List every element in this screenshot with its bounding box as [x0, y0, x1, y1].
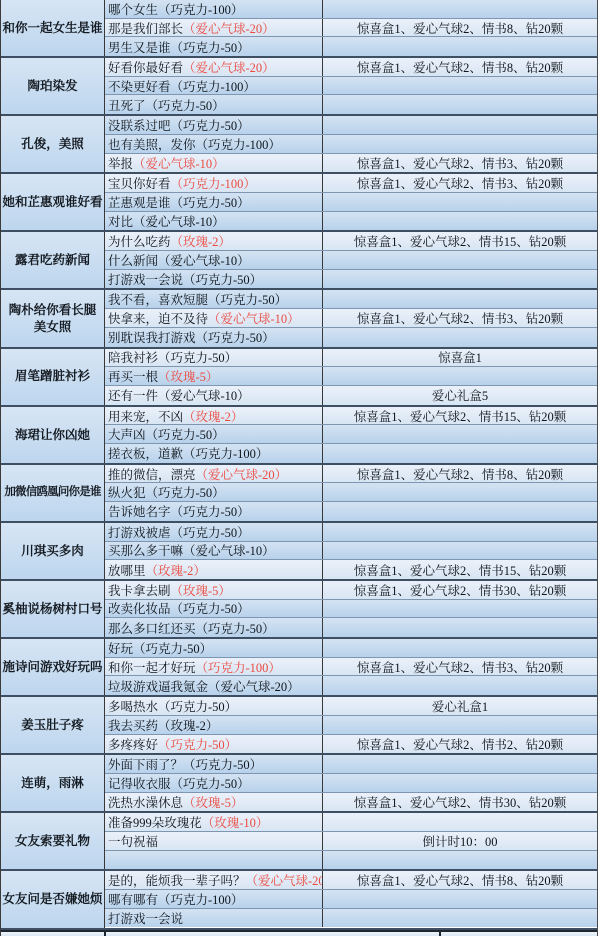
option-rows: 没联系过吧（巧克力-50）也有美照，发你（巧克力-100）举报（爱心气球-10）… — [105, 116, 597, 172]
option-text: 男生又是谁（巧克力-50） — [108, 38, 250, 56]
option-cell: 大声凶（巧克力-50） — [105, 425, 323, 443]
table-row: 推的微信，漂亮（爱心气球-20）惊喜盒1、爱心气球2、情书8、钻20颗 — [105, 465, 597, 484]
option-cell: 再买一根（玫瑰-5） — [105, 367, 323, 385]
option-cell: 也有美照，发你（巧克力-100） — [105, 135, 323, 153]
option-text: 别耽误我打游戏（巧克力-50） — [108, 328, 275, 346]
table-row: 外面下雨了？（巧克力-50） — [105, 755, 597, 774]
table-row: 我去买药（玫瑰-2） — [105, 716, 597, 735]
option-rows: 用来宠，不凶（玫瑰-2）惊喜盒1、爱心气球2、情书15、钻20颗大声凶（巧克力-… — [105, 407, 597, 463]
table-row: 打游戏一会说（巧克力-50） — [105, 270, 597, 289]
question-label: 露君吃药新闻 — [1, 232, 105, 288]
question-label: 女友问是否嫌她烦 — [1, 871, 105, 927]
option-cost-red: （玫瑰-5） — [158, 367, 218, 385]
question-label: 海珺让你凶她 — [1, 407, 105, 463]
reward-cell — [323, 328, 597, 347]
reward-cell: 惊喜盒1、爱心气球2、情书3、钻20颗 — [323, 309, 597, 327]
reward-cell — [323, 542, 597, 560]
table-row: 一句祝福倒计时10：00 — [105, 832, 597, 851]
option-cell: 搓衣板，道歉（巧克力-100） — [105, 444, 323, 463]
table-row: 大声凶（巧克力-50） — [105, 425, 597, 444]
reward-cell — [323, 600, 597, 618]
table-row: 用来宠，不凶（玫瑰-2）惊喜盒1、爱心气球2、情书15、钻20颗 — [105, 407, 597, 426]
table-row: 告诉她名字（巧克力-50） — [105, 502, 597, 521]
question-group: 川琪买多肉打游戏被虐（巧克力-50）买那么多干嘛（爱心气球-10）放哪里（玫瑰-… — [1, 523, 597, 581]
option-cell: 改卖化妆品（巧克力-50） — [105, 600, 323, 618]
reward-cell: 惊喜盒1 — [323, 349, 597, 367]
option-text: 好看你最好看 — [108, 58, 183, 76]
option-cost-red: （巧克力-100） — [196, 658, 281, 676]
table-row: 是的，能烦我一辈子吗？（爱心气球-20）惊喜盒1、爱心气球2、情书8、钻20颗 — [105, 871, 597, 890]
reward-cell: 惊喜盒1、爱心气球2、情书8、钻20颗 — [323, 871, 597, 889]
option-cell: 还有一件（爱心气球-10） — [105, 386, 323, 405]
option-text: 多喝热水（巧克力-50） — [108, 697, 237, 715]
reward-cell — [323, 135, 597, 153]
option-cell: 什么新闻（爱心气球-10） — [105, 251, 323, 269]
question-group: 陶珀染发好看你最好看（爱心气球-20）惊喜盒1、爱心气球2、情书8、钻20颗不染… — [1, 58, 597, 116]
option-text: 我不看，喜欢短腿（巧克力-50） — [108, 290, 287, 308]
option-cell: 和你一起才好玩（巧克力-100） — [105, 658, 323, 676]
question-group: 孔俊，美照没联系过吧（巧克力-50）也有美照，发你（巧克力-100）举报（爱心气… — [1, 116, 597, 174]
option-text: 放哪里 — [108, 561, 146, 579]
option-cell: 打游戏一会说 — [105, 909, 323, 928]
option-rows: 我卡拿去刷（玫瑰-5）惊喜盒1、爱心气球2、情书30、钻20颗改卖化妆品（巧克力… — [105, 581, 597, 637]
table-row: 再买一根（玫瑰-5） — [105, 367, 597, 386]
reward-cell: 惊喜盒1、爱心气球2、情书8、钻20颗 — [323, 465, 597, 483]
option-cost-red: （爱心气球-10） — [133, 154, 225, 172]
option-cost-red: （玫瑰-5） — [183, 793, 243, 811]
question-group: 和你一起女生是谁哪个女生（巧克力-100）那是我们部长（爱心气球-20）惊喜盒1… — [1, 0, 597, 58]
option-cost-red: （玫瑰-10） — [202, 813, 269, 831]
option-cell: 告诉她名字（巧克力-50） — [105, 502, 323, 521]
table-row: 纵火犯（巧克力-50） — [105, 483, 597, 502]
option-cell: 多疼疼好（巧克力-50） — [105, 735, 323, 754]
option-cell: 别耽误我打游戏（巧克力-50） — [105, 328, 323, 347]
reward-cell — [323, 290, 597, 308]
reward-cell: 惊喜盒1、爱心气球2、情书30、钻20颗 — [323, 581, 597, 599]
option-rows: 好看你最好看（爱心气球-20）惊喜盒1、爱心气球2、情书8、钻20颗不染更好看（… — [105, 58, 597, 114]
option-cell: 打游戏被虐（巧克力-50） — [105, 523, 323, 541]
reward-cell — [323, 618, 597, 637]
option-cell: 推的微信，漂亮（爱心气球-20） — [105, 465, 323, 483]
option-cell: 芷惠观是谁（巧克力-50） — [105, 193, 323, 211]
option-rows: 宝贝你好看（巧克力-100）惊喜盒1、爱心气球2、情书3、钻20颗芷惠观是谁（巧… — [105, 174, 597, 230]
option-cell: 放哪里（玫瑰-2） — [105, 560, 323, 579]
option-cell: 为什么吃药（玫瑰-2） — [105, 232, 323, 250]
option-cost-red: （巧克力-50） — [158, 735, 237, 753]
option-text: 一句祝福 — [108, 832, 158, 850]
table-row: 放哪里（玫瑰-2）惊喜盒1、爱心气球2、情书15、钻20颗 — [105, 560, 597, 579]
option-text: 那么多口红还买（巧克力-50） — [108, 619, 275, 637]
reward-cell — [323, 639, 597, 657]
option-rows: 打游戏被虐（巧克力-50）买那么多干嘛（爱心气球-10）放哪里（玫瑰-2）惊喜盒… — [105, 523, 597, 579]
option-cost-red: （玫瑰-2） — [171, 232, 231, 250]
reward-cell — [323, 425, 597, 443]
question-group: 奚柚说杨树村口号我卡拿去刷（玫瑰-5）惊喜盒1、爱心气球2、情书30、钻20颗改… — [1, 581, 597, 639]
table-row: 也有美照，发你（巧克力-100） — [105, 135, 597, 154]
reward-cell — [323, 193, 597, 211]
reward-cell — [323, 523, 597, 541]
option-text: 举报 — [108, 154, 133, 172]
table-row: 记得收衣服（巧克力-50） — [105, 774, 597, 793]
option-rows: 准备999朵玫瑰花（玫瑰-10）一句祝福倒计时10：00 — [105, 813, 597, 869]
reward-cell — [323, 95, 597, 114]
table-row: 对比（爱心气球-10） — [105, 212, 597, 231]
table-row: 和你一起才好玩（巧克力-100）惊喜盒1、爱心气球2、情书3、钻20颗 — [105, 658, 597, 677]
question-label: 川琪买多肉 — [1, 523, 105, 579]
reward-cell: 惊喜盒1、爱心气球2、情书3、钻20颗 — [323, 658, 597, 676]
table-row: 宝贝你好看（巧克力-100）惊喜盒1、爱心气球2、情书3、钻20颗 — [105, 174, 597, 193]
reward-cell — [323, 774, 597, 792]
option-cell: 哪有哪有（巧克力-100） — [105, 890, 323, 908]
option-text: 垃圾游戏逼我氪金（爱心气球-20） — [108, 677, 300, 695]
option-text: 哪个女生（巧克力-100） — [108, 0, 243, 18]
option-cell: 买那么多干嘛（爱心气球-10） — [105, 542, 323, 560]
question-group: 女友问是否嫌她烦是的，能烦我一辈子吗？（爱心气球-20）惊喜盒1、爱心气球2、情… — [1, 871, 597, 929]
table-row: 芷惠观是谁（巧克力-50） — [105, 193, 597, 212]
question-group: 露君吃药新闻为什么吃药（玫瑰-2）惊喜盒1、爱心气球2、情书15、钻20颗什么新… — [1, 232, 597, 290]
reward-cell: 惊喜盒1、爱心气球2、情书15、钻20颗 — [323, 407, 597, 425]
table-row: 搓衣板，道歉（巧克力-100） — [105, 444, 597, 463]
reward-cell: 惊喜盒1、爱心气球2、情书2、钻20颗 — [323, 735, 597, 754]
table-row: 垃圾游戏逼我氪金（爱心气球-20） — [105, 676, 597, 695]
reward-guide-table: 和你一起女生是谁哪个女生（巧克力-100）那是我们部长（爱心气球-20）惊喜盒1… — [0, 0, 598, 936]
reward-cell: 惊喜盒1、爱心气球2、情书15、钻20颗 — [323, 560, 597, 579]
reward-cell — [323, 116, 597, 134]
table-row: 我卡拿去刷（玫瑰-5）惊喜盒1、爱心气球2、情书30、钻20颗 — [105, 581, 597, 600]
table-row: 不染更好看（巧克力-100） — [105, 77, 597, 96]
option-rows: 多喝热水（巧克力-50）爱心礼盒1我去买药（玫瑰-2）多疼疼好（巧克力-50）惊… — [105, 697, 597, 753]
question-label: 姜玉肚子疼 — [1, 697, 105, 753]
option-text: 告诉她名字（巧克力-50） — [108, 502, 250, 520]
reward-cell — [323, 444, 597, 463]
reward-cell — [323, 212, 597, 231]
option-text: 哪有哪有（巧克力-100） — [108, 890, 243, 908]
question-label: 连萌，雨淋 — [1, 755, 105, 811]
option-text: 为什么吃药 — [108, 232, 171, 250]
option-cell: 宝贝你好看（巧克力-100） — [105, 174, 323, 192]
option-rows: 推的微信，漂亮（爱心气球-20）惊喜盒1、爱心气球2、情书8、钻20颗纵火犯（巧… — [105, 465, 597, 521]
table-row: 丑死了（巧克力-50） — [105, 95, 597, 114]
option-text: 洗热水澡休息 — [108, 793, 183, 811]
reward-cell — [323, 716, 597, 734]
option-cost-red: （玫瑰-5） — [171, 581, 231, 599]
option-cell: 快拿来，迫不及待（爱心气球-10） — [105, 309, 323, 327]
question-label: 奚柚说杨树村口号 — [1, 581, 105, 637]
option-text: 打游戏一会说（巧克力-50） — [108, 270, 262, 288]
table-row: 举报（爱心气球-10）惊喜盒1、爱心气球2、情书3、钻20颗 — [105, 154, 597, 173]
question-label: 施诗问游戏好玩吗 — [1, 639, 105, 695]
option-cost-red: （爱心气球-10） — [208, 309, 300, 327]
table-row: 没联系过吧（巧克力-50） — [105, 116, 597, 135]
reward-cell: 惊喜盒1、爱心气球2、情书3、钻20颗 — [323, 154, 597, 173]
reward-cell — [323, 755, 597, 773]
question-group: 姜玉肚子疼多喝热水（巧克力-50）爱心礼盒1我去买药（玫瑰-2）多疼疼好（巧克力… — [1, 697, 597, 755]
option-cell: 纵火犯（巧克力-50） — [105, 483, 323, 501]
reward-cell — [323, 890, 597, 908]
table-row: 为什么吃药（玫瑰-2）惊喜盒1、爱心气球2、情书15、钻20颗 — [105, 232, 597, 251]
question-label: 陶朴给你看长腿 美女照 — [1, 290, 105, 346]
table-row — [105, 851, 597, 870]
reward-cell — [323, 0, 597, 18]
table-row: 好玩（巧克力-50） — [105, 639, 597, 658]
option-cell: 是的，能烦我一辈子吗？（爱心气球-20） — [105, 871, 323, 889]
table-row: 打游戏一会说 — [105, 909, 597, 928]
option-cell: 用来宠，不凶（玫瑰-2） — [105, 407, 323, 425]
option-text: 和你一起才好玩 — [108, 658, 196, 676]
table-row: 多喝热水（巧克力-50）爱心礼盒1 — [105, 697, 597, 716]
reward-cell: 惊喜盒1、爱心气球2、情书8、钻20颗 — [323, 58, 597, 76]
option-text: 陪我衬衫（巧克力-50） — [108, 349, 237, 367]
option-text: 还有一件（爱心气球-10） — [108, 386, 250, 404]
question-label: 女友索要礼物 — [1, 813, 105, 869]
next-row-partial — [1, 930, 597, 936]
table-row: 那么多口红还买（巧克力-50） — [105, 618, 597, 637]
table-row: 洗热水澡休息（玫瑰-5）惊喜盒1、爱心气球2、情书30、钻20颗 — [105, 793, 597, 812]
table-row: 多疼疼好（巧克力-50）惊喜盒1、爱心气球2、情书2、钻20颗 — [105, 735, 597, 754]
option-cell: 打游戏一会说（巧克力-50） — [105, 270, 323, 289]
option-text: 也有美照，发你（巧克力-100） — [108, 135, 281, 153]
option-rows: 哪个女生（巧克力-100）那是我们部长（爱心气球-20）惊喜盒1、爱心气球2、情… — [105, 0, 597, 56]
question-group: 眉笔蹭脏衬衫陪我衬衫（巧克力-50）惊喜盒1再买一根（玫瑰-5）还有一件（爱心气… — [1, 349, 597, 407]
option-text: 大声凶（巧克力-50） — [108, 425, 225, 443]
option-text: 好玩（巧克力-50） — [108, 639, 212, 657]
question-group: 陶朴给你看长腿 美女照我不看，喜欢短腿（巧克力-50）快拿来，迫不及待（爱心气球… — [1, 290, 597, 348]
reward-cell: 惊喜盒1、爱心气球2、情书15、钻20颗 — [323, 232, 597, 250]
option-cost-red: （爱心气球-20） — [196, 465, 288, 483]
option-text: 纵火犯（巧克力-50） — [108, 483, 225, 501]
option-cost-red: （玫瑰-2） — [146, 561, 206, 579]
option-text: 再买一根 — [108, 367, 158, 385]
option-text: 芷惠观是谁（巧克力-50） — [108, 193, 250, 211]
option-text: 推的微信，漂亮 — [108, 465, 196, 483]
table-row: 打游戏被虐（巧克力-50） — [105, 523, 597, 542]
option-cell: 洗热水澡休息（玫瑰-5） — [105, 793, 323, 812]
option-cell: 那么多口红还买（巧克力-50） — [105, 618, 323, 637]
table-row: 买那么多干嘛（爱心气球-10） — [105, 542, 597, 561]
option-cost-red: （爱心气球-20） — [183, 58, 275, 76]
table-row: 好看你最好看（爱心气球-20）惊喜盒1、爱心气球2、情书8、钻20颗 — [105, 58, 597, 77]
option-cell: 记得收衣服（巧克力-50） — [105, 774, 323, 792]
question-label: 眉笔蹭脏衬衫 — [1, 349, 105, 405]
reward-cell — [323, 909, 597, 928]
reward-cell: 惊喜盒1、爱心气球2、情书30、钻20颗 — [323, 793, 597, 812]
table-row: 别耽误我打游戏（巧克力-50） — [105, 328, 597, 347]
option-text: 对比（爱心气球-10） — [108, 212, 225, 230]
question-label: 和你一起女生是谁 — [1, 0, 105, 56]
option-rows: 外面下雨了？（巧克力-50）记得收衣服（巧克力-50）洗热水澡休息（玫瑰-5）惊… — [105, 755, 597, 811]
option-cell: 好看你最好看（爱心气球-20） — [105, 58, 323, 76]
question-label: 陶珀染发 — [1, 58, 105, 114]
option-text: 什么新闻（爱心气球-10） — [108, 251, 250, 269]
reward-cell: 爱心礼盒5 — [323, 386, 597, 405]
option-cell: 举报（爱心气球-10） — [105, 154, 323, 173]
table-row: 陪我衬衫（巧克力-50）惊喜盒1 — [105, 349, 597, 368]
option-cell: 我不看，喜欢短腿（巧克力-50） — [105, 290, 323, 308]
option-rows: 好玩（巧克力-50）和你一起才好玩（巧克力-100）惊喜盒1、爱心气球2、情书3… — [105, 639, 597, 695]
reward-cell — [323, 251, 597, 269]
option-text: 没联系过吧（巧克力-50） — [108, 116, 250, 134]
reward-cell — [323, 851, 597, 870]
option-cost-red: （玫瑰-2） — [183, 407, 243, 425]
option-text: 快拿来，迫不及待 — [108, 309, 208, 327]
option-cell: 男生又是谁（巧克力-50） — [105, 37, 323, 56]
table-row: 准备999朵玫瑰花（玫瑰-10） — [105, 813, 597, 832]
table-row: 什么新闻（爱心气球-10） — [105, 251, 597, 270]
option-text: 搓衣板，道歉（巧克力-100） — [108, 444, 268, 462]
option-cell: 一句祝福 — [105, 832, 323, 850]
option-cell: 我去买药（玫瑰-2） — [105, 716, 323, 734]
question-group: 女友索要礼物准备999朵玫瑰花（玫瑰-10）一句祝福倒计时10：00 — [1, 813, 597, 871]
question-group: 连萌，雨淋外面下雨了？（巧克力-50）记得收衣服（巧克力-50）洗热水澡休息（玫… — [1, 755, 597, 813]
option-text: 丑死了（巧克力-50） — [108, 96, 225, 114]
table-row: 哪个女生（巧克力-100） — [105, 0, 597, 19]
option-cell: 准备999朵玫瑰花（玫瑰-10） — [105, 813, 323, 831]
table-row: 我不看，喜欢短腿（巧克力-50） — [105, 290, 597, 309]
option-cell: 哪个女生（巧克力-100） — [105, 0, 323, 18]
question-group: 海珺让你凶她用来宠，不凶（玫瑰-2）惊喜盒1、爱心气球2、情书15、钻20颗大声… — [1, 407, 597, 465]
reward-cell — [323, 270, 597, 289]
option-text: 打游戏被虐（巧克力-50） — [108, 523, 250, 541]
option-text: 准备999朵玫瑰花 — [108, 813, 202, 831]
reward-cell: 爱心礼盒1 — [323, 697, 597, 715]
option-cell: 丑死了（巧克力-50） — [105, 95, 323, 114]
option-cell: 陪我衬衫（巧克力-50） — [105, 349, 323, 367]
option-text: 打游戏一会说 — [108, 909, 183, 927]
reward-cell: 倒计时10：00 — [323, 832, 597, 850]
table-row: 还有一件（爱心气球-10）爱心礼盒5 — [105, 386, 597, 405]
reward-cell — [323, 483, 597, 501]
option-text: 宝贝你好看 — [108, 174, 171, 192]
option-cost-red: （爱心气球-20） — [183, 19, 275, 37]
reward-cell — [323, 676, 597, 695]
question-label: 孔俊，美照 — [1, 116, 105, 172]
question-label: 她和芷惠观谁好看 — [1, 174, 105, 230]
option-cell: 那是我们部长（爱心气球-20） — [105, 19, 323, 37]
reward-cell — [323, 77, 597, 95]
option-cell: 多喝热水（巧克力-50） — [105, 697, 323, 715]
reward-cell: 惊喜盒1、爱心气球2、情书8、钻20颗 — [323, 19, 597, 37]
option-cell: 没联系过吧（巧克力-50） — [105, 116, 323, 134]
column-border — [104, 932, 106, 936]
option-text: 那是我们部长 — [108, 19, 183, 37]
reward-cell — [323, 502, 597, 521]
column-border — [439, 932, 441, 936]
option-text: 改卖化妆品（巧克力-50） — [108, 600, 250, 618]
table-row: 改卖化妆品（巧克力-50） — [105, 600, 597, 619]
option-cost-red: （爱心气球-20） — [246, 871, 323, 889]
option-cell: 不染更好看（巧克力-100） — [105, 77, 323, 95]
question-group: 她和芷惠观谁好看宝贝你好看（巧克力-100）惊喜盒1、爱心气球2、情书3、钻20… — [1, 174, 597, 232]
option-text: 多疼疼好 — [108, 735, 158, 753]
option-rows: 我不看，喜欢短腿（巧克力-50）快拿来，迫不及待（爱心气球-10）惊喜盒1、爱心… — [105, 290, 597, 346]
option-rows: 为什么吃药（玫瑰-2）惊喜盒1、爱心气球2、情书15、钻20颗什么新闻（爱心气球… — [105, 232, 597, 288]
question-group: 施诗问游戏好玩吗好玩（巧克力-50）和你一起才好玩（巧克力-100）惊喜盒1、爱… — [1, 639, 597, 697]
option-cell: 垃圾游戏逼我氪金（爱心气球-20） — [105, 676, 323, 695]
option-text: 我去买药（玫瑰-2） — [108, 716, 218, 734]
option-cell: 对比（爱心气球-10） — [105, 212, 323, 231]
reward-cell: 惊喜盒1、爱心气球2、情书3、钻20颗 — [323, 174, 597, 192]
option-text: 不染更好看（巧克力-100） — [108, 77, 256, 95]
table-row: 哪有哪有（巧克力-100） — [105, 890, 597, 909]
option-text: 是的，能烦我一辈子吗？ — [108, 871, 246, 889]
table-row: 那是我们部长（爱心气球-20）惊喜盒1、爱心气球2、情书8、钻20颗 — [105, 19, 597, 38]
reward-cell — [323, 37, 597, 56]
option-text: 记得收衣服（巧克力-50） — [108, 774, 250, 792]
option-cell: 好玩（巧克力-50） — [105, 639, 323, 657]
option-text: 用来宠，不凶 — [108, 407, 183, 425]
option-cell — [105, 851, 323, 870]
option-cell: 外面下雨了？（巧克力-50） — [105, 755, 323, 773]
table-row: 男生又是谁（巧克力-50） — [105, 37, 597, 56]
option-text: 外面下雨了？（巧克力-50） — [108, 755, 262, 773]
option-rows: 是的，能烦我一辈子吗？（爱心气球-20）惊喜盒1、爱心气球2、情书8、钻20颗哪… — [105, 871, 597, 927]
option-cost-red: （巧克力-100） — [171, 174, 256, 192]
option-cell: 我卡拿去刷（玫瑰-5） — [105, 581, 323, 599]
reward-cell — [323, 367, 597, 385]
option-rows: 陪我衬衫（巧克力-50）惊喜盒1再买一根（玫瑰-5）还有一件（爱心气球-10）爱… — [105, 349, 597, 405]
reward-cell — [323, 813, 597, 831]
option-text: 买那么多干嘛（爱心气球-10） — [108, 542, 275, 560]
table-row: 快拿来，迫不及待（爱心气球-10）惊喜盒1、爱心气球2、情书3、钻20颗 — [105, 309, 597, 328]
question-label: 加微信鸥凰问你是谁 — [1, 465, 105, 521]
question-group: 加微信鸥凰问你是谁推的微信，漂亮（爱心气球-20）惊喜盒1、爱心气球2、情书8、… — [1, 465, 597, 523]
option-text: 我卡拿去刷 — [108, 581, 171, 599]
